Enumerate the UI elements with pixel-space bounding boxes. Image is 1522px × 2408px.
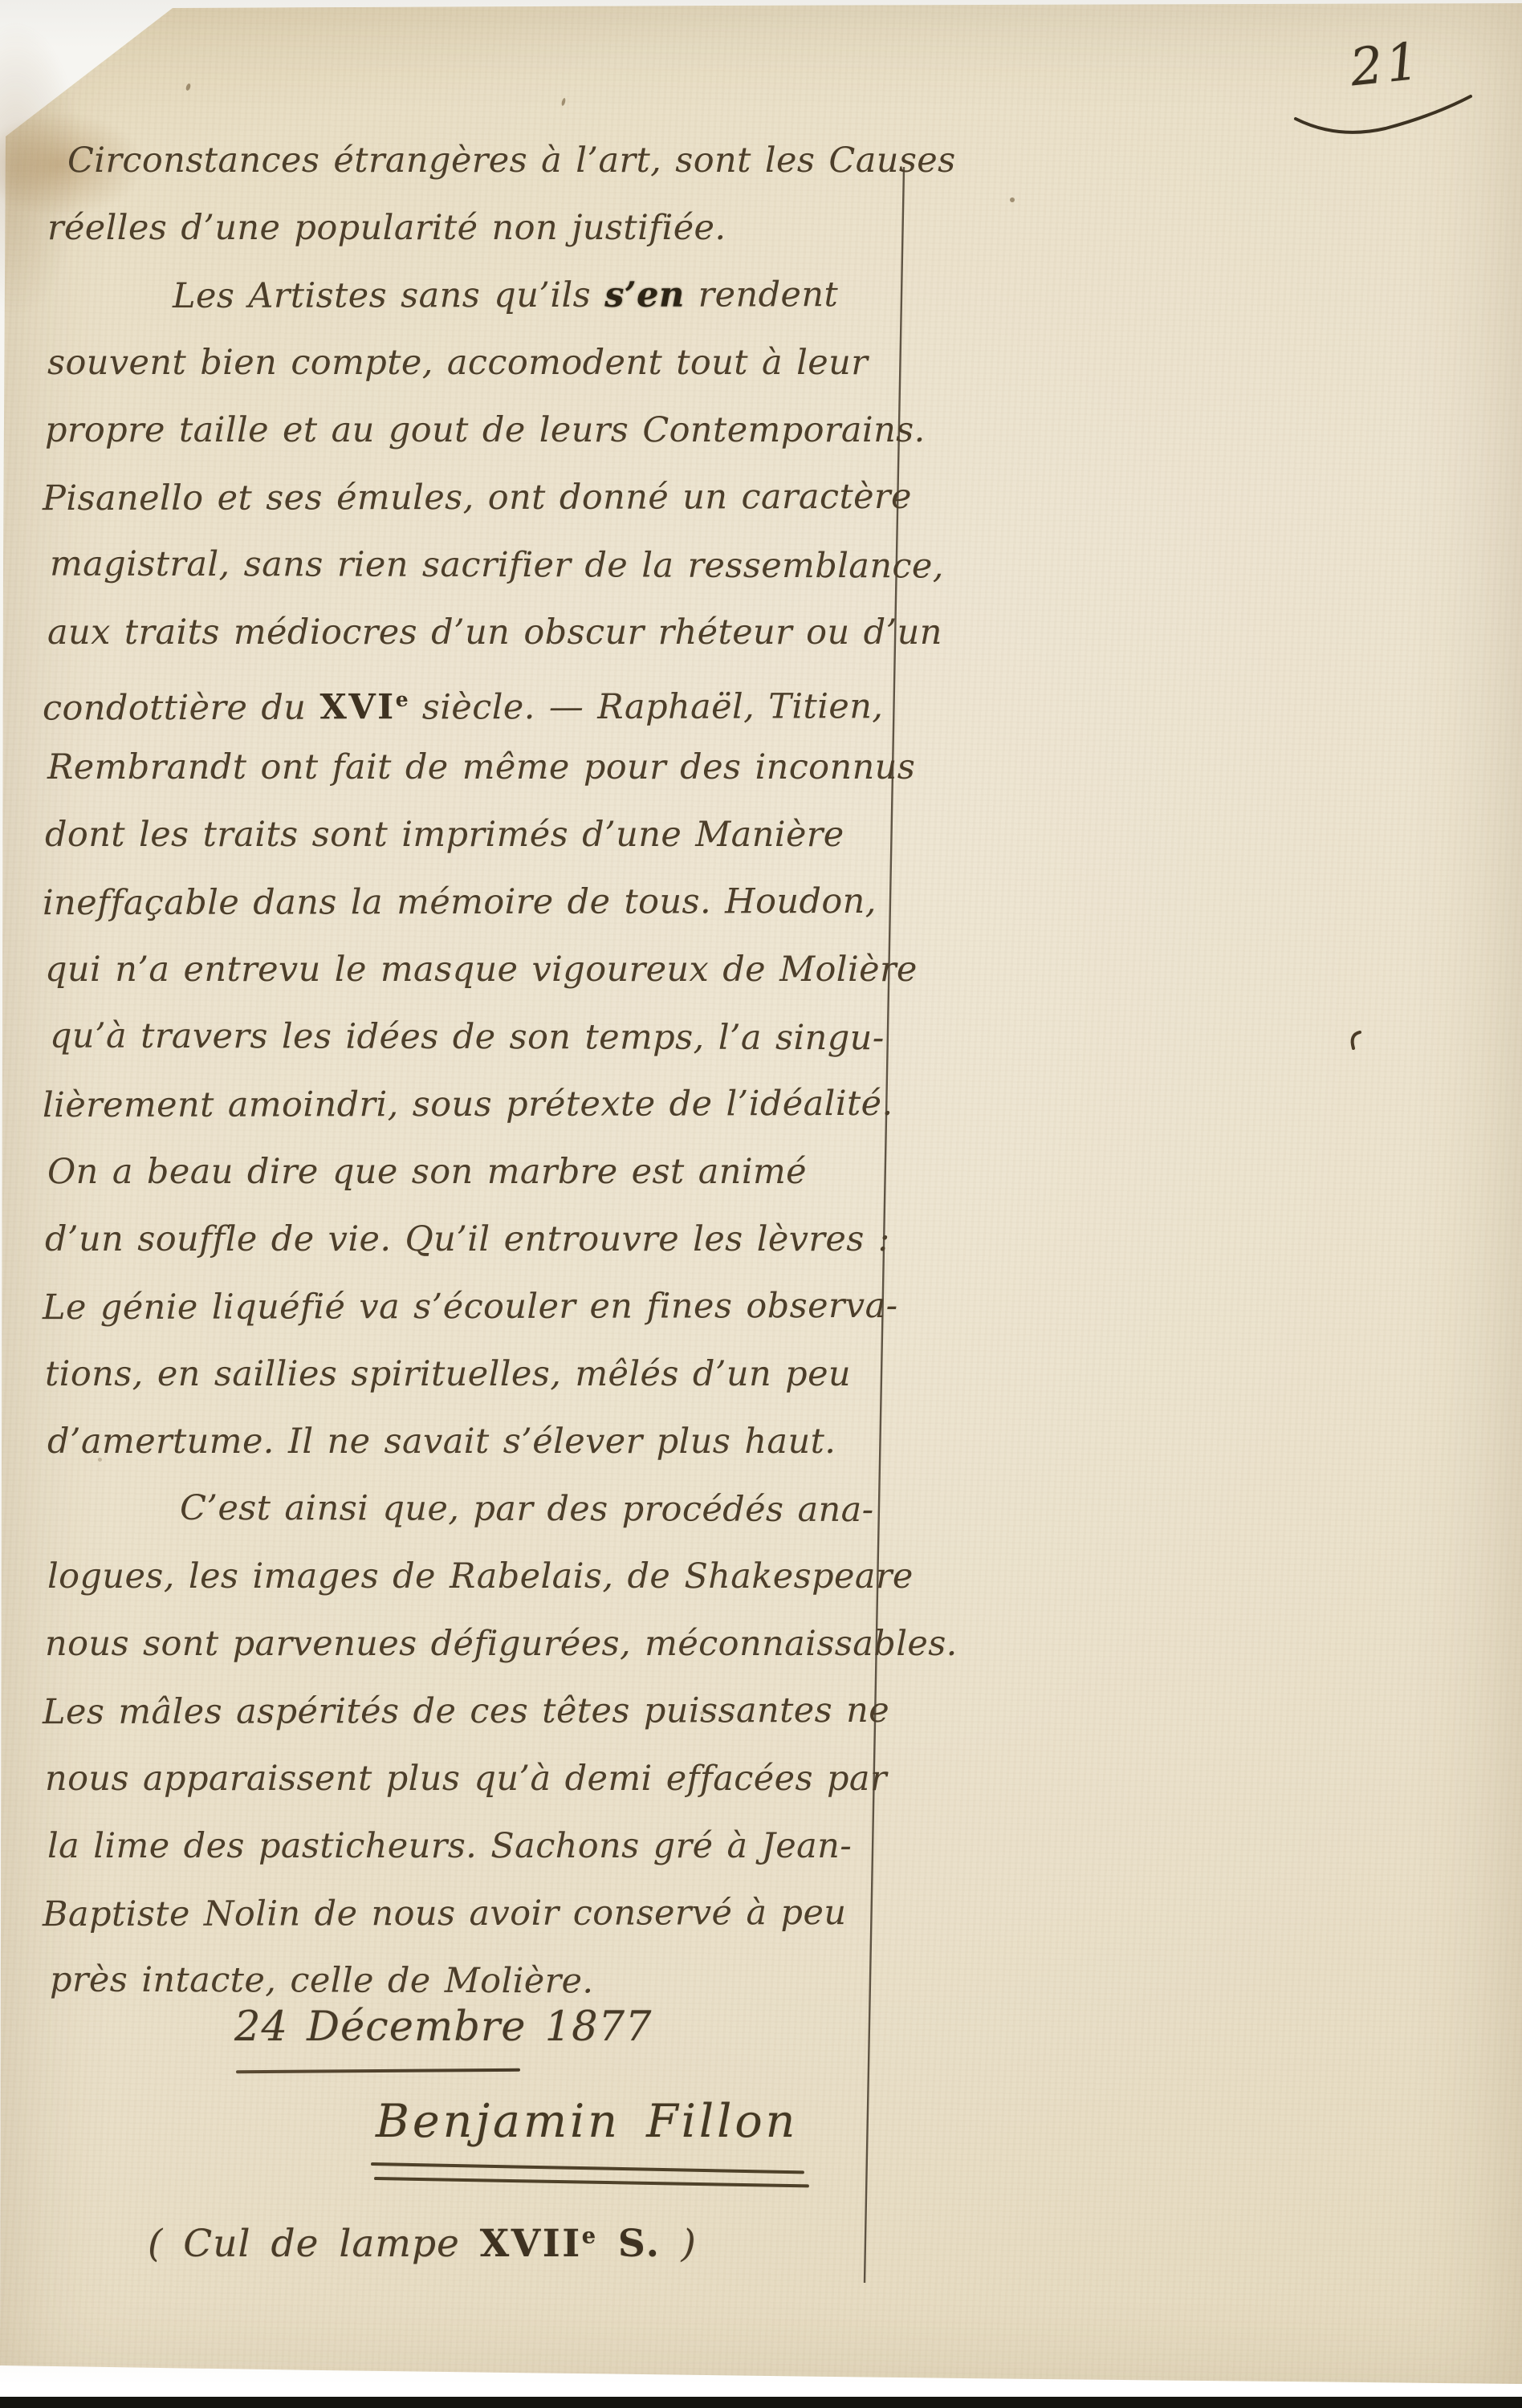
manuscript-line: qui n’a entrevu le masque vigoureux de M…	[45, 936, 896, 1003]
manuscript-line: propre taille et au gout de leurs Contem…	[45, 397, 896, 464]
manuscript-line: nous apparaissent plus qu’à demi effacée…	[45, 1745, 896, 1812]
manuscript-line: d’amertume. Il ne savait s’élever plus h…	[47, 1408, 898, 1475]
manuscript-line: logues, les images de Rabelais, de Shake…	[47, 1543, 898, 1610]
manuscript-line: Le génie liquéfié va s’écouler en fines …	[43, 1272, 893, 1341]
manuscript-line: lièrement amoindri, sous prétexte de l’i…	[43, 1070, 893, 1139]
manuscript-line: la lime des pasticheurs. Sachons gré à J…	[47, 1812, 898, 1880]
manuscript-line: magistral, sans rien sacrifier de la res…	[50, 531, 901, 600]
manuscript-line: d’un souffle de vie. Qu’il entrouvre les…	[45, 1206, 896, 1273]
manuscript-line: Les Artistes sans qu’ils s’en rendent	[173, 261, 893, 330]
manuscript-line: nous sont parvenues défigurées, méconnai…	[45, 1610, 896, 1678]
ink-hook-mark	[1353, 1032, 1360, 1048]
manuscript-line: réelles d’une popularité non justifiée.	[47, 194, 898, 262]
manuscript-line: Circonstances étrangères à l’art, sont l…	[67, 127, 896, 194]
manuscript-line: tions, en saillies spirituelles, mêlés d…	[45, 1340, 896, 1408]
manuscript-line: dont les traits sont imprimés d’une Mani…	[45, 801, 896, 868]
page-number-flourish	[1289, 90, 1477, 146]
scanner-bed-band	[0, 2397, 1522, 2408]
manuscript-line: Pisanello et ses émules, ont donné un ca…	[43, 463, 893, 532]
manuscript-line: ineffaçable dans la mémoire de tous. Hou…	[43, 868, 893, 937]
scanned-manuscript-page: 21 Circonstances étrangères à l’art, son…	[0, 0, 1522, 2408]
manuscript-line: souvent bien compte, accomodent tout à l…	[47, 329, 898, 397]
manuscript-line: Les mâles aspérités de ces têtes puissan…	[43, 1677, 893, 1746]
manuscript-line: On a beau dire que son marbre est animé	[47, 1138, 898, 1206]
manuscript-line: Baptiste Nolin de nous avoir conservé à …	[43, 1879, 893, 1948]
manuscript-lines: Circonstances étrangères à l’art, sont l…	[45, 127, 896, 2015]
signature: Benjamin Fillon	[376, 2095, 798, 2148]
manuscript-line: qu’à travers les idées de son temps, l’a…	[50, 1003, 901, 1072]
caption: ( Cul de lampe XVIIe S. )	[148, 2222, 697, 2266]
date-line: 24 Décembre 1877	[234, 2003, 653, 2051]
manuscript-line: C’est ainsi que, par des procédés ana-	[180, 1474, 901, 1544]
page-number: 21	[1347, 32, 1425, 99]
manuscript-line: condottière du XVIe siècle. — Raphaël, T…	[43, 665, 893, 734]
manuscript-line: aux traits médiocres d’un obscur rhéteur…	[47, 599, 898, 666]
manuscript-line: Rembrandt ont fait de même pour des inco…	[47, 734, 898, 801]
